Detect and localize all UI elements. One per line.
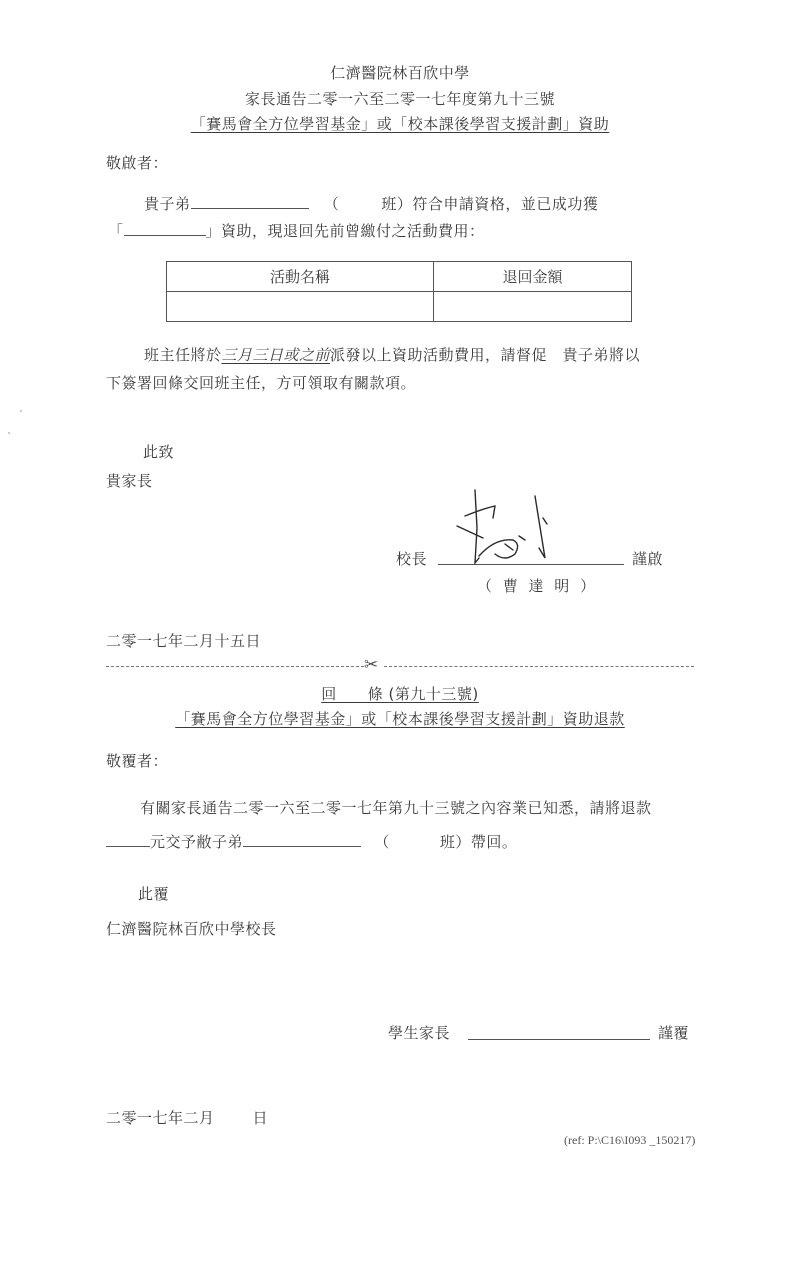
subsidy-text: 」資助，現退回先前曾繳付之活動費用：: [206, 222, 485, 240]
parent-signature-line[interactable]: [468, 1039, 650, 1040]
reply-paragraph: 有關家長通告二零一六至二零一七年第九十三號之內容業已知悉，請將退款: [140, 797, 652, 818]
reply-date: 二零一七年二月日: [106, 1107, 268, 1128]
parent-label: 學生家長: [388, 1022, 450, 1043]
quote-open: 「: [108, 222, 124, 240]
table-header-row: 活動名稱 退回金額: [167, 262, 632, 292]
cut-line-left: [106, 666, 364, 667]
school-name: 仁濟醫院林百欣中學: [0, 62, 800, 83]
reply-paren-open: （: [374, 833, 390, 851]
notice-date: 二零一七年二月十五日: [106, 630, 261, 651]
subsidy-name-blank[interactable]: [124, 221, 206, 236]
cell-activity-name[interactable]: [167, 292, 434, 322]
notice-subject-text: 「賽馬會全方位學習基金」或「校本課後學習支援計劃」資助: [191, 115, 610, 133]
table-row: [167, 292, 632, 322]
refund-amount-blank[interactable]: [106, 832, 150, 847]
amount-suffix: 元交予敝子弟: [150, 833, 243, 851]
addressee: 貴家長: [106, 470, 153, 491]
reply-closing: 此覆: [138, 883, 169, 904]
closing: 此致: [143, 441, 174, 462]
reply-paragraph-line2: 元交予敝子弟 （班）帶回。: [106, 831, 517, 852]
eligibility-text: 班）符合申請資格，並已成功獲: [381, 195, 598, 213]
distribution-text: 派發以上資助活動費用，請督促 貴子弟將以: [330, 346, 640, 364]
parent-suffix: 謹覆: [658, 1022, 689, 1043]
scan-speck: [8, 432, 10, 434]
paren-open: （: [324, 195, 340, 213]
cut-line-right: [384, 666, 694, 667]
label-child: 貴子弟: [144, 195, 191, 213]
salutation: 敬啟者：: [106, 152, 168, 173]
principal-label: 校長: [396, 548, 427, 569]
header-activity-name: 活動名稱: [167, 262, 434, 292]
reply-title: 回 條 (第九十三號): [0, 683, 800, 704]
reference-code: (ref: P:\C16\I093 _150217): [564, 1133, 695, 1148]
refund-table: 活動名稱 退回金額: [166, 261, 632, 322]
principal-suffix: 謹啟: [632, 548, 663, 569]
student-name-blank[interactable]: [191, 194, 309, 209]
reply-date-prefix: 二零一七年二月: [106, 1109, 215, 1127]
deadline: 三月三日或之前: [222, 346, 331, 364]
paragraph-eligibility: 貴子弟 （班）符合申請資格，並已成功獲: [144, 193, 598, 214]
reply-subject: 「賽馬會全方位學習基金」或「校本課後學習支援計劃」資助退款: [0, 708, 800, 729]
reply-addressee: 仁濟醫院林百欣中學校長: [106, 918, 277, 939]
reply-salutation: 敬覆者：: [106, 750, 168, 771]
header-refund-amount: 退回金額: [434, 262, 632, 292]
scissors-icon: ✂: [364, 655, 378, 675]
reply-title-text: 回 條 (第九十三號): [321, 685, 478, 703]
distribution-prefix: 班主任將於: [144, 346, 222, 364]
principal-name: （ 曹 達 明 ）: [477, 575, 598, 596]
scan-speck: [20, 410, 22, 412]
reply-student-name-blank[interactable]: [243, 832, 361, 847]
cell-refund-amount[interactable]: [434, 292, 632, 322]
reply-class-text: 班）帶回。: [440, 833, 518, 851]
reply-date-suffix: 日: [253, 1109, 269, 1127]
notice-subject: 「賽馬會全方位學習基金」或「校本課後學習支援計劃」資助: [0, 113, 800, 134]
paragraph-distribution-line2: 下簽署回條交回班主任，方可領取有關款項。: [106, 372, 416, 393]
paragraph-distribution: 班主任將於三月三日或之前派發以上資助活動費用，請督促 貴子弟將以: [144, 344, 640, 365]
paragraph-subsidy: 「」資助，現退回先前曾繳付之活動費用：: [108, 220, 485, 241]
reply-subject-text: 「賽馬會全方位學習基金」或「校本課後學習支援計劃」資助退款: [175, 710, 625, 728]
notice-number: 家長通告二零一六至二零一七年度第九十三號: [0, 88, 800, 109]
principal-signature: [455, 488, 595, 568]
